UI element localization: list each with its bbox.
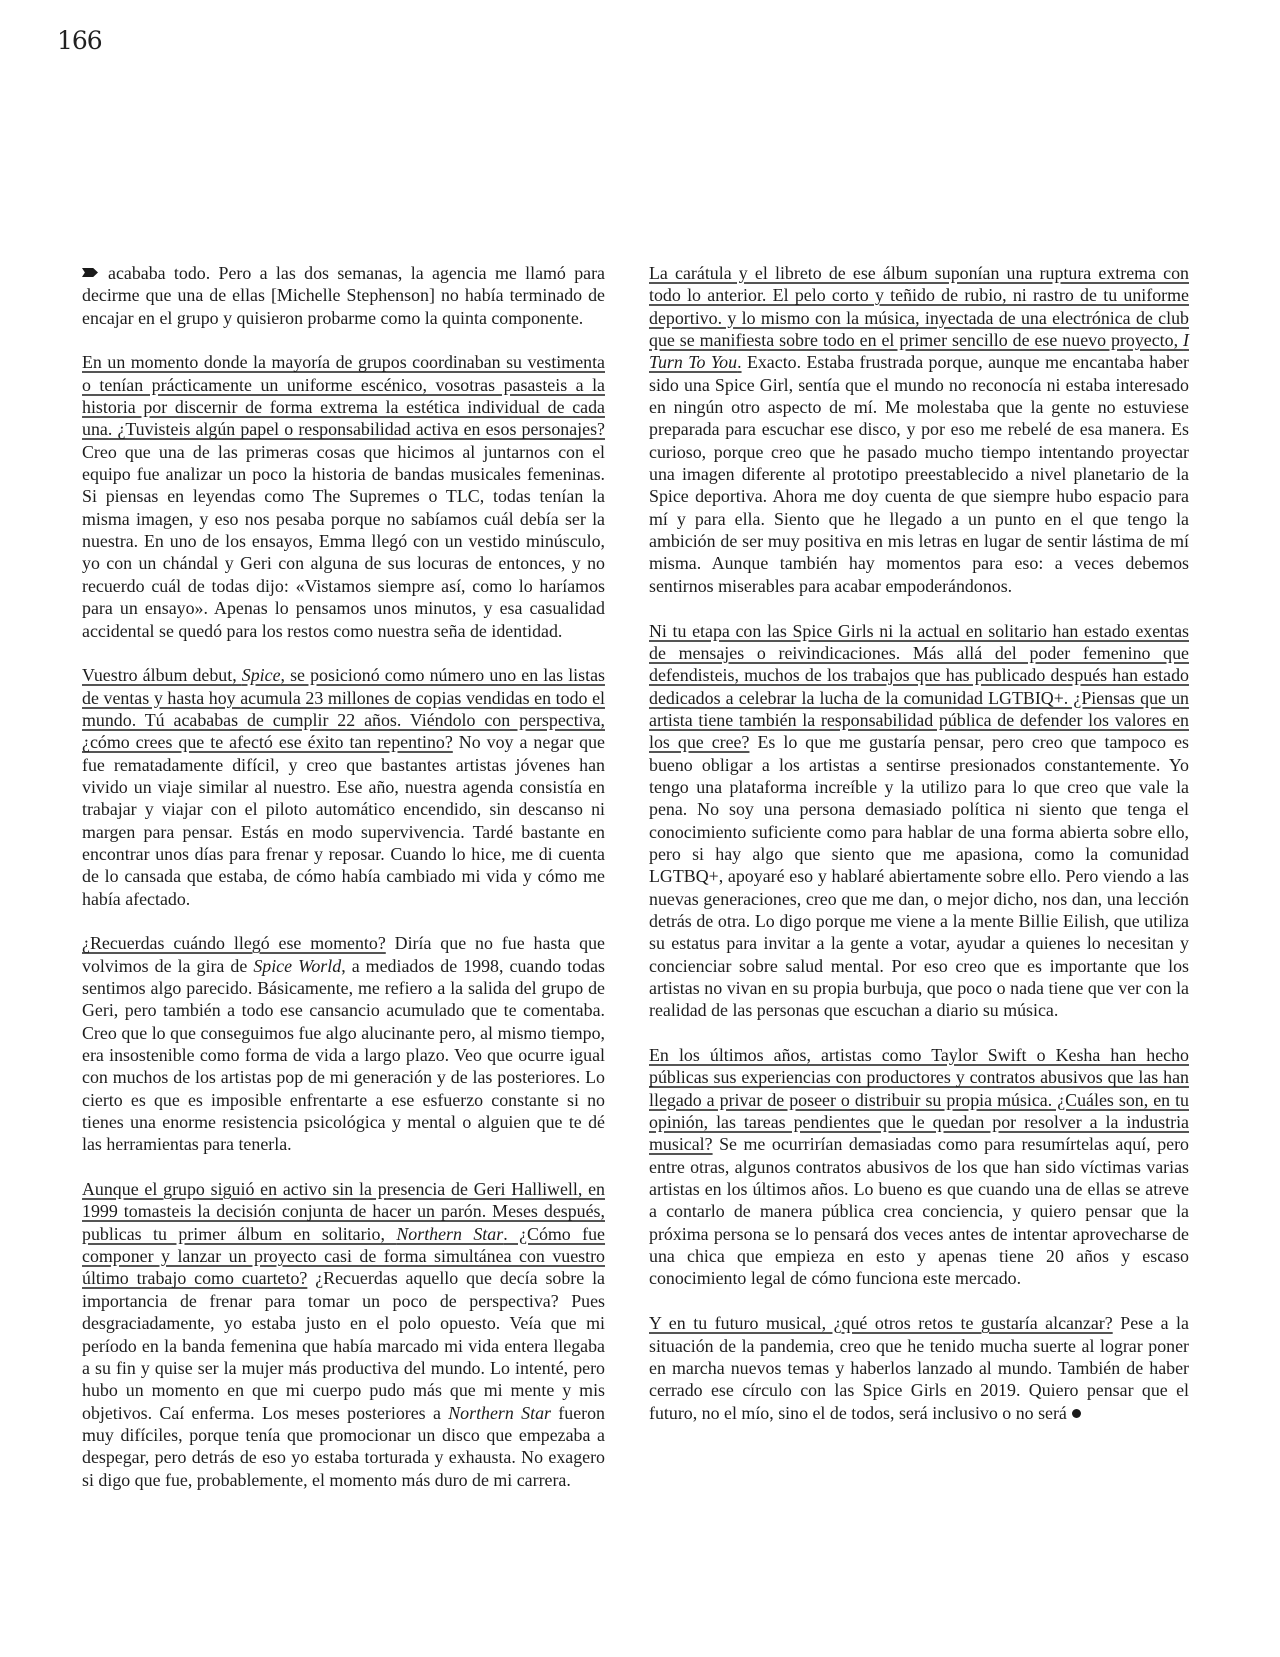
qa-paragraph: Ni tu etapa con las Spice Girls ni la ac…: [649, 620, 1189, 1022]
answer-text: Exacto. Estaba frustrada porque, aunque …: [649, 352, 1189, 595]
album-title: Northern Star: [448, 1403, 551, 1423]
qa-paragraph: La carátula y el libreto de ese álbum su…: [649, 262, 1189, 597]
question-text: Y en tu futuro musical, ¿qué otros retos…: [649, 1313, 1113, 1333]
answer-part: ¿Recuerdas aquello que decía sobre la im…: [82, 1268, 605, 1422]
qa-paragraph: ¿Recuerdas cuándo llegó ese momento? Dir…: [82, 932, 605, 1155]
left-column: acababa todo. Pero a las dos semanas, la…: [82, 262, 605, 1513]
album-title: Spice: [242, 665, 281, 685]
page-number: 166: [57, 26, 102, 55]
paragraph-continuation: acababa todo. Pero a las dos semanas, la…: [82, 262, 605, 329]
answer-text: Creo que una de las primeras cosas que h…: [82, 442, 605, 641]
answer-text: Se me ocurrirían demasiadas como para re…: [649, 1134, 1189, 1288]
qa-paragraph: En un momento donde la mayoría de grupos…: [82, 351, 605, 641]
qa-paragraph: Y en tu futuro musical, ¿qué otros retos…: [649, 1312, 1189, 1424]
tour-title: Spice World: [253, 956, 341, 976]
continuation-text: acababa todo. Pero a las dos semanas, la…: [82, 263, 605, 328]
question-text: ¿Recuerdas cuándo llegó ese momento?: [82, 933, 386, 953]
end-dot-icon: [1072, 1409, 1081, 1418]
qa-paragraph: Vuestro álbum debut, Spice, se posicionó…: [82, 664, 605, 910]
answer-text: No voy a negar que fue rematadamente dif…: [82, 732, 605, 908]
arrow-right-icon: [82, 268, 98, 277]
question-part: La carátula y el libreto de ese álbum su…: [649, 263, 1189, 350]
answer-part: , a mediados de 1998, cuando todas senti…: [82, 956, 605, 1155]
answer-text: Es lo que me gustaría pensar, pero creo …: [649, 732, 1189, 1020]
question-part: Vuestro álbum debut,: [82, 665, 242, 685]
question-text: En un momento donde la mayoría de grupos…: [82, 352, 605, 439]
qa-paragraph: Aunque el grupo siguió en activo sin la …: [82, 1178, 605, 1491]
album-title: Northern Star: [396, 1224, 503, 1244]
qa-paragraph: En los últimos años, artistas como Taylo…: [649, 1044, 1189, 1290]
right-column: La carátula y el libreto de ese álbum su…: [649, 262, 1189, 1446]
